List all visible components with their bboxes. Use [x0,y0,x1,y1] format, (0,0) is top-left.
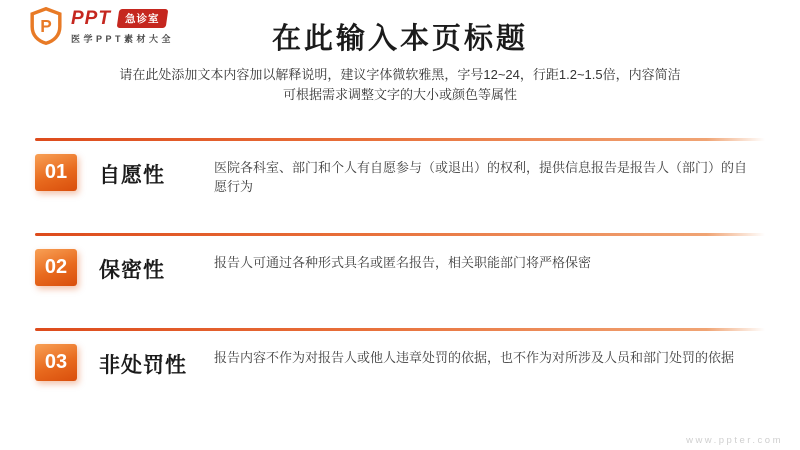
list-item-3: 03 非处罚性 报告内容不作为对报告人或他人违章处罚的依据，也不作为对所涉及人员… [35,328,765,423]
list-item-2: 02 保密性 报告人可通过各种形式具名或匿名报告，相关职能部门将严格保密 [35,233,765,328]
item-title: 自愿性 [99,154,214,189]
page-title: 在此输入本页标题 [0,22,800,56]
item-title: 非处罚性 [99,344,214,379]
item-number-badge: 03 [35,344,77,381]
item-body: 报告内容不作为对报告人或他人违章处罚的依据，也不作为对所涉及人员和部门处罚的依据 [214,344,749,367]
item-number-badge: 02 [35,249,77,286]
subtitle-line-2: 可根据需求调整文字的大小或颜色等属性 [0,85,800,105]
subtitle: 请在此处添加文本内容加以解释说明，建议字体微软雅黑，字号12~24，行距1.2~… [0,65,800,105]
item-body: 医院各科室、部门和个人有自愿参与（或退出）的权利，提供信息报告是报告人（部门）的… [214,154,749,196]
slide: P PPT 急诊室 医学PPT素材大全 在此输入本页标题 请在此处添加文本内容加… [0,0,800,450]
item-title: 保密性 [99,249,214,284]
item-number-badge: 01 [35,154,77,191]
item-divider [35,138,765,141]
header: 在此输入本页标题 请在此处添加文本内容加以解释说明，建议字体微软雅黑，字号12~… [0,22,800,105]
item-body: 报告人可通过各种形式具名或匿名报告，相关职能部门将严格保密 [214,249,749,272]
subtitle-line-1: 请在此处添加文本内容加以解释说明，建议字体微软雅黑，字号12~24，行距1.2~… [0,65,800,85]
list-item-1: 01 自愿性 医院各科室、部门和个人有自愿参与（或退出）的权利，提供信息报告是报… [35,138,765,233]
footer-url: www.ppter.com [686,435,783,446]
item-list: 01 自愿性 医院各科室、部门和个人有自愿参与（或退出）的权利，提供信息报告是报… [35,138,765,423]
item-divider [35,233,765,236]
item-divider [35,328,765,331]
